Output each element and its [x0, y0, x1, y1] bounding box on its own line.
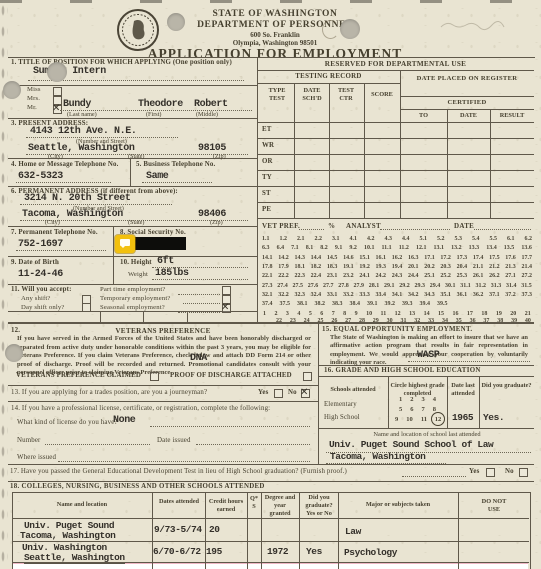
grid-number: 14.5: [327, 255, 338, 261]
grid-number: 14.3: [294, 255, 305, 261]
line: [257, 122, 534, 123]
punch-hole: [340, 19, 360, 39]
grid-number: 38.4: [350, 301, 361, 307]
perm-city-sub: (City): [45, 219, 60, 226]
grid-number: 19.2: [359, 264, 370, 270]
col-to: TO: [400, 112, 447, 120]
mrs-label: Mrs.: [27, 95, 40, 102]
temporary-label: Temporary employment?: [100, 295, 170, 302]
row-label-wr: WR: [262, 142, 274, 149]
grid-number: 27.8: [338, 283, 349, 289]
col-score: SCORE: [366, 91, 398, 99]
vet-grid-row: 14.114.214.314.414.514.615.116.116.216.3…: [262, 255, 532, 261]
grid-number: 39.2: [385, 301, 396, 307]
line: [400, 109, 534, 110]
grid-number: 5: [399, 406, 402, 413]
grid-number: 13: [409, 311, 415, 317]
grid-number: 18.1: [294, 264, 305, 270]
grid-number: 17.2: [440, 255, 451, 261]
elem-grades-1: 1234: [399, 396, 436, 403]
pen-scribble: [438, 18, 510, 37]
grid-number: 2.2: [315, 236, 323, 242]
s18-title: 18. COLLEGES, NURSING, BUSINESS AND OTHE…: [10, 483, 265, 490]
part-time-label: Part time employment?: [100, 286, 166, 293]
grid-number: 6.2: [525, 236, 533, 242]
grid-number: 19.3: [376, 264, 387, 270]
s16-title: 16. GRADE AND HIGH SCHOOL EDUCATION: [324, 367, 481, 374]
line: [257, 218, 534, 219]
grid-number: 19: [496, 311, 502, 317]
school-row-name2: Seattle, Washington: [24, 552, 125, 564]
grid-number: 13.6: [521, 245, 532, 251]
s13-yes-label: Yes: [258, 389, 268, 396]
grid-number: 19.1: [343, 264, 354, 270]
dots: [152, 271, 248, 280]
school-row-dates: 6/70-6/72: [153, 546, 201, 557]
school-row-name2: Tacoma, Washington: [20, 530, 115, 541]
grid-number: 13.2: [451, 245, 462, 251]
circled-grade-12: 12: [431, 412, 445, 426]
any-shift-label: Any shift?: [21, 295, 51, 302]
school-row-dates: 9/73-5/74: [154, 524, 202, 535]
s4-label: 4. Home or Message Telephone No.: [11, 161, 118, 168]
line: [257, 170, 534, 171]
dots: [150, 418, 310, 427]
veterans-dna-value: DNA: [190, 353, 207, 364]
col-major-subjects: Major or subjects taken: [340, 501, 456, 509]
miss-checkbox: [53, 87, 62, 96]
line: [113, 226, 114, 256]
application-form-page: STATE OF WASHINGTON DEPARTMENT OF PERSON…: [0, 0, 541, 569]
line: [400, 96, 534, 97]
s10-label: 10. Height: [120, 259, 152, 266]
grid-number: 27.4: [277, 283, 288, 289]
grid-number: 17.9: [278, 264, 289, 270]
grid-number: 5.5: [490, 236, 498, 242]
hs-grades: 91011: [395, 416, 427, 423]
line: [364, 83, 365, 218]
grid-number: 20.4: [457, 264, 468, 270]
grid-number: 7: [332, 311, 335, 317]
grid-number: 39.4: [420, 301, 431, 307]
grid-number: 33.1: [327, 292, 338, 298]
high-school-label: High School: [324, 414, 360, 421]
vet-grid-row: 17.817.918.118.218.319.119.219.319.420.1…: [262, 264, 532, 270]
row-label-st: ST: [262, 190, 271, 197]
license-kind-label: What kind of license do you have?: [17, 419, 118, 426]
grid-number: 33.2: [343, 292, 354, 298]
line: [338, 492, 339, 569]
line: [318, 376, 534, 377]
license-number-label: Number: [17, 437, 40, 444]
grid-number: 20.3: [440, 264, 451, 270]
present-state-sub: (State): [128, 153, 145, 160]
s12-title: VETERANS PREFERENCE: [88, 327, 238, 335]
line: [329, 83, 330, 218]
s5-label: 5. Business Telephone No.: [136, 161, 215, 168]
vet-grid-row: 1.11.22.12.23.14.14.24.34.45.15.25.35.45…: [262, 236, 532, 242]
grid-number: 12.1: [416, 245, 427, 251]
s1-label: 1. TITLE OF POSITION FOR WHICH APPLYING …: [11, 59, 232, 66]
s17-yes-label: Yes: [469, 468, 479, 475]
dots: [26, 129, 178, 138]
grid-number: 33.3: [359, 292, 370, 298]
line: [257, 186, 534, 187]
grid-number: 23.1: [327, 273, 338, 279]
grid-number: 23.2: [343, 273, 354, 279]
present-city-sub: (City): [48, 153, 63, 160]
grid-number: 3: [422, 396, 425, 403]
grid-number: 2.1: [297, 236, 305, 242]
grid-number: 24.3: [392, 273, 403, 279]
dept-use-title: RESERVED FOR DEPARTMENTAL USE: [257, 60, 534, 68]
col-test-ctr: TEST CTR: [331, 87, 361, 103]
grid-number: 22.2: [278, 273, 289, 279]
present-zip-sub: (Zip): [213, 153, 226, 160]
dots: [474, 221, 531, 230]
s17-no-label: No: [505, 468, 514, 475]
grid-number: 5.4: [472, 236, 480, 242]
grid-number: 11: [421, 416, 427, 423]
line: [294, 83, 295, 218]
school-row-major: Law: [345, 526, 361, 537]
line: [130, 158, 131, 186]
grid-number: 25.1: [424, 273, 435, 279]
grid-number: 16: [452, 311, 458, 317]
row-label-or: OR: [262, 158, 273, 165]
grid-number: 4.2: [367, 236, 375, 242]
grid-number: 31.1: [460, 283, 471, 289]
col-did-you-graduate: Did you graduate? Yes or No: [301, 494, 337, 518]
journeyman-no-checkbox: [301, 389, 310, 398]
grid-number: 18.2: [311, 264, 322, 270]
grid-number: 15: [438, 311, 444, 317]
line: [257, 202, 534, 203]
dots: [299, 221, 324, 230]
grid-number: 9.1: [335, 245, 343, 251]
line: [113, 256, 114, 284]
dob-value: 11-24-46: [18, 269, 63, 280]
weight-label: Weight: [128, 271, 148, 278]
s17-label: 17. Have you passed the General Educatio…: [10, 468, 347, 475]
percent-label: %: [328, 222, 335, 230]
grid-number: 24.2: [376, 273, 387, 279]
grid-number: 14.4: [311, 255, 322, 261]
vet-pref-label: VET PREF.: [262, 222, 300, 230]
miss-label: Miss: [27, 86, 41, 93]
vet-grid-row: 32.132.232.332.433.133.233.333.434.134.2…: [262, 292, 532, 298]
grid-number: 17: [467, 311, 473, 317]
grid-number: 13.3: [469, 245, 480, 251]
grid-number: 27.2: [522, 273, 533, 279]
school-row-major: Psychology: [344, 547, 397, 558]
punch-hole: [5, 344, 23, 362]
grid-number: 35.1: [440, 292, 451, 298]
grid-number: 39.3: [402, 301, 413, 307]
grid-number: 27.9: [354, 283, 365, 289]
grid-number: 3.1: [332, 236, 340, 242]
grid-number: 14.6: [343, 255, 354, 261]
col-result: RESULT: [490, 112, 534, 120]
grid-number: 11.2: [399, 245, 409, 251]
line: [257, 154, 534, 155]
line: [447, 109, 448, 218]
grid-number: 9: [395, 416, 398, 423]
grid-number: 19.4: [392, 264, 403, 270]
grid-number: 29.4: [430, 283, 441, 289]
row-label-et: ET: [262, 126, 272, 133]
school-row-graduate: Yes: [306, 546, 322, 557]
analyst-label: ANALYST: [346, 222, 381, 230]
grid-number: 5.2: [437, 236, 445, 242]
journeyman-yes-checkbox: [274, 389, 283, 398]
grid-number: 9.2: [349, 245, 357, 251]
where-issued-label: Where issued: [17, 454, 56, 461]
grid-number: 17.5: [489, 255, 500, 261]
line: [490, 109, 491, 218]
elem-grades-2: 5678: [399, 406, 436, 413]
dots: [380, 221, 450, 230]
col-did-graduate: Did you graduate?: [480, 382, 533, 390]
dots: [45, 436, 150, 445]
grid-number: 6.1: [507, 236, 515, 242]
school-row-degree: 1972: [267, 546, 288, 557]
grid-number: 5.3: [455, 236, 463, 242]
grid-number: 20.2: [424, 264, 435, 270]
hs-date-value: 1965: [452, 412, 473, 423]
grid-number: 22.4: [311, 273, 322, 279]
grid-number: 18.3: [327, 264, 338, 270]
grid-number: 27.6: [308, 283, 319, 289]
grid-number: 8.2: [320, 245, 328, 251]
grid-number: 36.1: [457, 292, 468, 298]
grid-number: 4: [433, 396, 436, 403]
vet-grid-row: 6.36.47.18.18.29.19.210.111.111.212.113.…: [262, 245, 532, 251]
line: [261, 492, 262, 569]
grid-number: 11.1: [382, 245, 392, 251]
grid-number: 32.2: [278, 292, 289, 298]
grid-number: 39.1: [367, 301, 378, 307]
proof-attached-checkbox: [303, 372, 312, 381]
grid-number: 32.1: [262, 292, 273, 298]
grid-number: 34.1: [392, 292, 403, 298]
grid-number: 37.2: [505, 292, 516, 298]
grid-number: 17.1: [424, 255, 435, 261]
grid-number: 5: [309, 311, 312, 317]
grid-number: 21.3: [505, 264, 516, 270]
grid-number: 26.1: [473, 273, 484, 279]
s13-no-label: No: [288, 389, 297, 396]
grid-number: 1.1: [262, 236, 270, 242]
vet-grid-row: 37.437.538.138.238.338.439.139.239.339.4…: [262, 301, 532, 307]
grid-number: 13.5: [504, 245, 515, 251]
grid-number: 31.2: [476, 283, 487, 289]
grid-number: 22.1: [262, 273, 273, 279]
dots: [152, 259, 248, 268]
line: [205, 492, 206, 569]
line: [458, 492, 459, 569]
grid-number: 37.3: [522, 292, 533, 298]
vet-claimed-label: VETERANS PREFERENCE CLAIMED: [16, 372, 141, 379]
grid-number: 37.5: [280, 301, 291, 307]
s7-label: 7. Permanent Telephone No.: [11, 229, 98, 236]
vet-grid-row: 27.327.427.527.627.727.827.928.129.129.2…: [262, 283, 532, 289]
line: [100, 312, 101, 322]
line: [257, 70, 534, 71]
grid-number: 14.1: [262, 255, 273, 261]
grid-number: 18: [481, 311, 487, 317]
dots: [16, 242, 106, 251]
grid-number: 39.5: [437, 301, 448, 307]
grid-number: 6.3: [262, 245, 270, 251]
grid-number: 6.4: [277, 245, 285, 251]
grid-number: 27.7: [323, 283, 334, 289]
col-date-last: Date last attended: [448, 382, 478, 398]
line: [12, 518, 529, 519]
line: [388, 376, 389, 428]
vet-grid-row: 22.122.222.322.423.123.224.124.224.324.4…: [262, 273, 532, 279]
grid-number: 13.1: [434, 245, 445, 251]
grid-number: 32.3: [294, 292, 305, 298]
grid-number: 29.2: [399, 283, 410, 289]
school-row-credits: 20: [209, 524, 220, 535]
grid-number: 10: [366, 311, 372, 317]
grid-number: 26.2: [489, 273, 500, 279]
col-dates-attended: Dates attended: [155, 498, 203, 506]
grid-number: 38.1: [297, 301, 308, 307]
line: [318, 428, 534, 429]
line: [187, 312, 188, 322]
s11-label: 11. Will you accept:: [11, 286, 72, 293]
first-name-sub: (First): [146, 111, 161, 118]
s15-title: 15. EQUAL OPPORTUNITY EMPLOYMENT.: [322, 326, 472, 333]
elementary-label: Elementary: [324, 401, 357, 408]
hs-graduate-value: Yes.: [483, 412, 504, 423]
dots: [196, 436, 310, 445]
s13-label: 13. If you are applying for a trades pos…: [11, 389, 207, 396]
grid-number: 38.3: [332, 301, 343, 307]
col-do-not-use: DO NOT USE: [478, 498, 510, 514]
seasonal-label: Seasonal employment?: [100, 304, 165, 311]
register-title: DATE PLACED ON REGISTER: [400, 75, 534, 82]
line: [400, 70, 401, 218]
vet-claimed-checkbox: [150, 372, 159, 381]
perm-state-sub: (State): [128, 219, 145, 226]
line: [143, 312, 144, 322]
grid-number: 32.4: [311, 292, 322, 298]
grid-number: 21.1: [473, 264, 484, 270]
ged-yes-checkbox: [486, 468, 495, 477]
punch-hole: [47, 62, 67, 82]
pen-mark: [322, 20, 339, 39]
grid-number: 24.4: [408, 273, 419, 279]
grid-number: 25.3: [457, 273, 468, 279]
grid-number: 22.3: [294, 273, 305, 279]
grid-number: 9: [355, 311, 358, 317]
perm-zip-sub: (Zip): [210, 219, 223, 226]
grid-number: 14: [424, 311, 430, 317]
grid-number: 29.3: [415, 283, 426, 289]
grid-number: 37.1: [489, 292, 500, 298]
proof-attached-label: PROOF OF DISCHARGE ATTACHED: [170, 372, 292, 379]
grid-number: 6: [320, 311, 323, 317]
state-seal: [116, 8, 160, 57]
ged-no-checkbox: [519, 468, 528, 477]
grid-number: 24.1: [359, 273, 370, 279]
grid-number: 15.1: [359, 255, 370, 261]
dots: [402, 468, 466, 477]
grid-number: 8.1: [306, 245, 314, 251]
col-date-schd: DATE SCH'D: [297, 87, 327, 103]
grid-number: 17.6: [505, 255, 516, 261]
school-last-attended-label: Name and location of school last attende…: [352, 431, 502, 439]
grid-number: 31.5: [521, 283, 532, 289]
line: [299, 492, 300, 569]
col-date: DATE: [447, 112, 490, 120]
grid-number: 10: [406, 416, 413, 423]
grid-number: 38.2: [315, 301, 326, 307]
dots: [326, 455, 446, 464]
dots: [408, 353, 530, 362]
grid-number: 4.1: [350, 236, 358, 242]
punch-hole: [3, 81, 21, 99]
middle-name-sub: (Middle): [196, 111, 218, 118]
testing-record-title: TESTING RECORD: [257, 73, 400, 80]
grid-number: 21: [525, 311, 531, 317]
day-shift-label: Day shift only?: [21, 304, 64, 311]
grid-number: 27.1: [505, 273, 516, 279]
date-issued-label: Date issued: [157, 437, 191, 444]
certified-label: CERTIFIED: [400, 99, 534, 106]
grid-number: 16.1: [376, 255, 387, 261]
grid-number: 1.2: [280, 236, 288, 242]
dots: [183, 295, 220, 304]
grid-number: 37.4: [262, 301, 273, 307]
col-type-test: TYPE TEST: [262, 87, 292, 103]
annotation-marker-icon[interactable]: [115, 235, 135, 253]
date-label: DATE: [454, 222, 474, 230]
col-schools-attended: Schools attended: [320, 386, 386, 394]
grid-number: 4.4: [402, 236, 410, 242]
grid-number: 14.2: [278, 255, 289, 261]
grid-number: 20.1: [408, 264, 419, 270]
col-credit-hours: Credit hours earned: [207, 498, 245, 514]
last-name-sub: (Last name): [67, 111, 97, 118]
grid-number: 27.3: [262, 283, 273, 289]
grid-number: 10.1: [364, 245, 375, 251]
grid-number: 11: [381, 311, 387, 317]
grid-number: 34.3: [424, 292, 435, 298]
grid-number: 7: [422, 406, 425, 413]
grid-number: 4.3: [385, 236, 393, 242]
marker-glyph: [120, 239, 130, 246]
dots: [58, 453, 310, 462]
grid-number: 25.2: [440, 273, 451, 279]
day-shift-checkbox: [82, 303, 91, 312]
grid-number: 17.4: [473, 255, 484, 261]
grid-number: 13.4: [486, 245, 497, 251]
grid-number: 17.8: [262, 264, 273, 270]
grid-number: 28.1: [369, 283, 380, 289]
grid-number: 1: [399, 396, 402, 403]
grid-number: 31.4: [506, 283, 517, 289]
dots: [142, 174, 212, 183]
dots: [16, 174, 111, 183]
seasonal-checkbox: [222, 304, 231, 313]
vet-grid-row: 123456789101112131415161718192021: [263, 311, 531, 317]
grid-number: 21.2: [489, 264, 500, 270]
grid-number: 4: [297, 311, 300, 317]
